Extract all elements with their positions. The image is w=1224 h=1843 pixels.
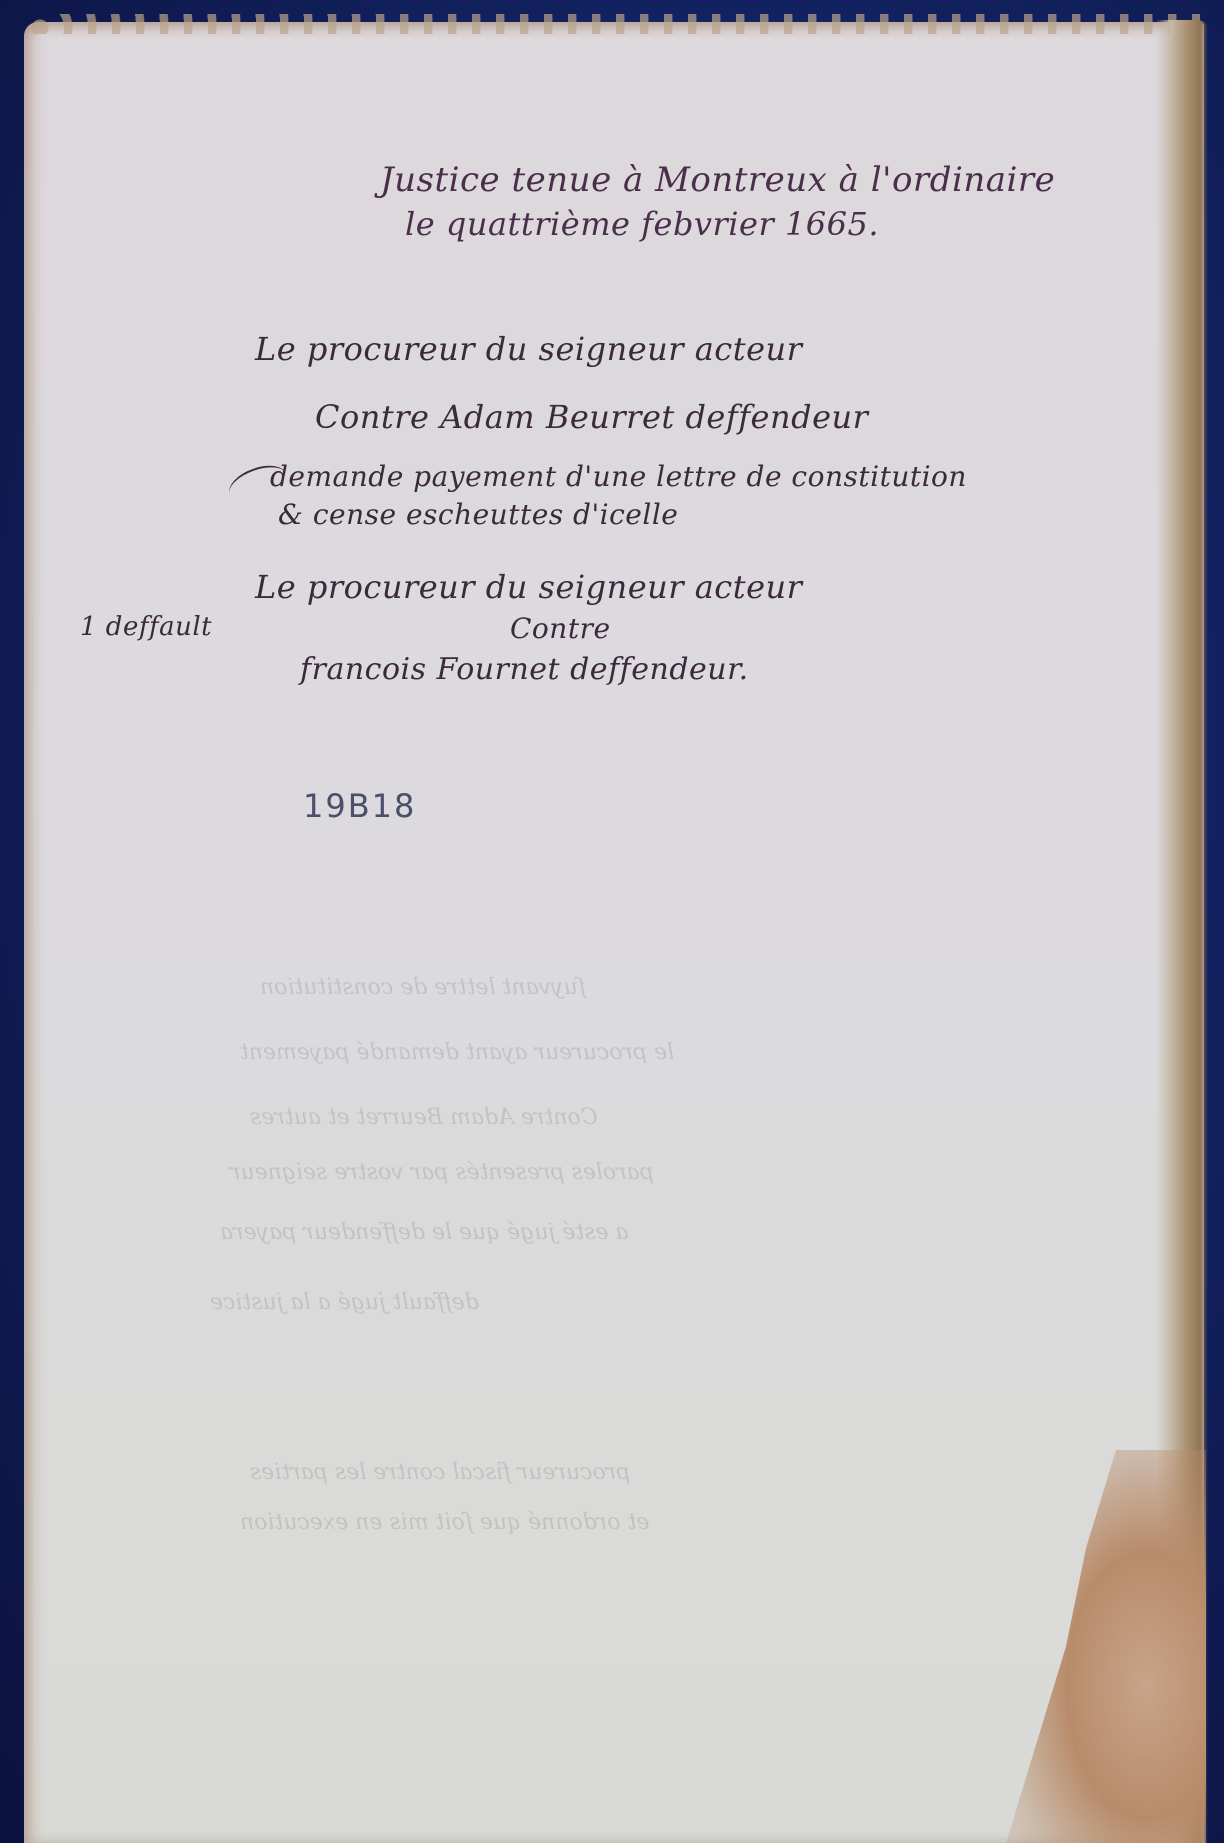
bleed-through-text: a esté jugé que le deffendeur payera [220, 1220, 629, 1245]
bleed-through-text: deffault jugé a la justice [210, 1290, 479, 1315]
entry-2-margin-note: 1 deffault [80, 612, 212, 642]
bleed-through-text: procureur fiscal contre les parties [250, 1460, 630, 1485]
entry-1-defendant: Contre Adam Beurret deffendeur [315, 398, 868, 436]
entry-2-defendant: francois Fournet deffendeur. [300, 652, 749, 687]
entry-1-request-line-1: demande payement d'une lettre de constit… [270, 460, 967, 493]
heading-line-1: Justice tenue à Montreux à l'ordinaire [380, 160, 1055, 200]
heading-line-2: le quattrième febvrier 1665. [405, 205, 879, 243]
entry-1-request-line-2: & cense escheuttes d'icelle [278, 498, 678, 531]
page-top-edge [30, 14, 1200, 34]
entry-2-plaintiff: Le procureur du seigneur acteur [255, 568, 802, 606]
manuscript-page [24, 22, 1204, 1843]
bleed-through-text: paroles presentés par vostre seigneur [230, 1160, 654, 1185]
bleed-through-text: et ordonné que ſoit mis en execution [240, 1510, 649, 1535]
archive-stamp: 19B18 [303, 787, 416, 825]
entry-1-plaintiff: Le procureur du seigneur acteur [255, 330, 802, 368]
bleed-through-text: ſuyvant lettre de constitution [260, 975, 586, 1000]
bleed-through-text: Contre Adam Beurret et autres [250, 1105, 598, 1130]
bleed-through-text: le procureur ayant demandé payement [240, 1040, 674, 1065]
entry-2-contre: Contre [510, 612, 611, 645]
